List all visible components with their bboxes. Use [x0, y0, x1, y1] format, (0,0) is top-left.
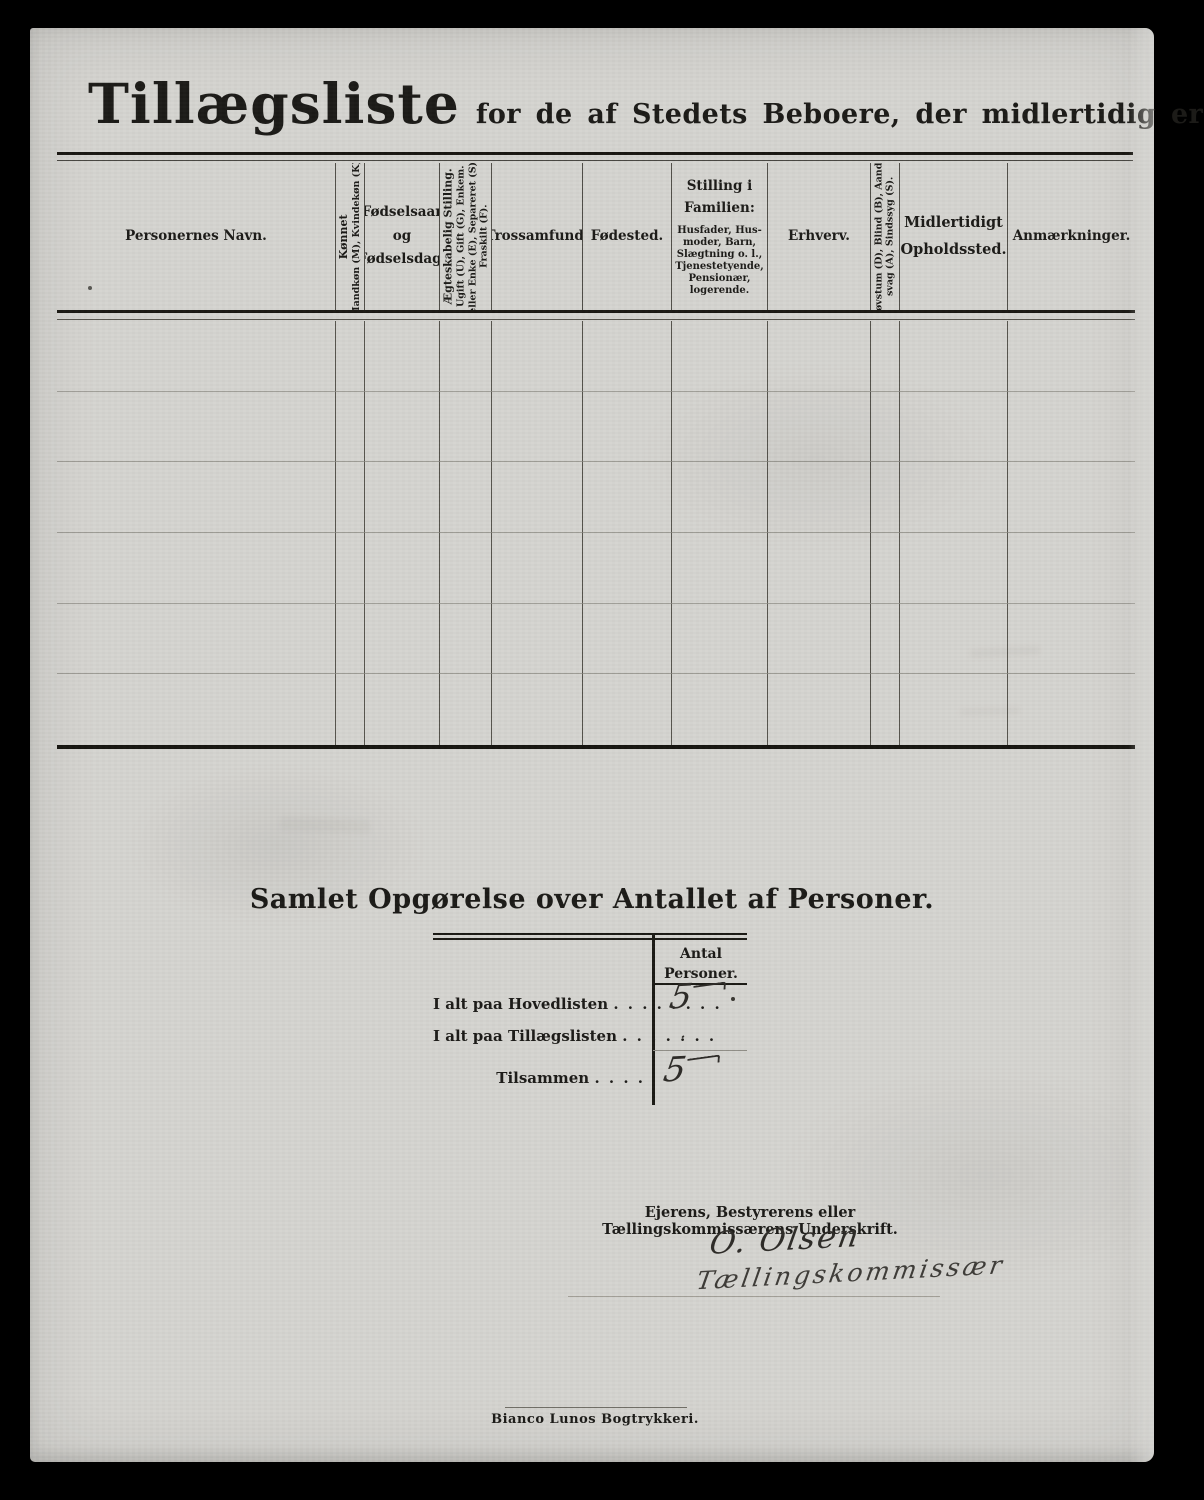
table-cell-empty [672, 533, 768, 604]
summary-row-label: Tilsammen [496, 1069, 589, 1087]
printer-imprint: Bianco Lunos Bogtrykkeri. [430, 1412, 760, 1427]
summary-column-header: Antal Personer. [655, 945, 747, 984]
ink-speck [731, 997, 735, 1001]
column-header-name: Personernes Navn. [57, 163, 336, 310]
summary-row-label: I alt paa Hovedlisten [433, 995, 608, 1013]
table-bottom-rule [57, 745, 1135, 749]
column-header-line: Kønnet [337, 163, 351, 310]
table-cell-empty [871, 533, 900, 604]
form-title: Tillægsliste for de af Stedets Beboere, … [88, 76, 1204, 131]
census-form-page: Tillægsliste for de af Stedets Beboere, … [30, 28, 1154, 1462]
table-cell-empty [768, 392, 871, 463]
table-cell-empty [365, 462, 440, 533]
table-cell-empty [900, 604, 1008, 675]
table-cell-empty [672, 604, 768, 675]
table-cell-empty [900, 533, 1008, 604]
column-header-text: Anmærkninger. [1013, 226, 1131, 248]
table-cell-empty [900, 321, 1008, 392]
table-cell-empty [336, 321, 365, 392]
column-header-disability: Døvstum (D), Blind (B), Aands-svag (A), … [871, 163, 900, 310]
table-cell-empty [57, 674, 336, 745]
table-cell-empty [672, 462, 768, 533]
column-header-subline: logerende. [675, 285, 764, 297]
table-cell-empty [1008, 321, 1135, 392]
column-header-line: Familien: [675, 198, 764, 220]
table-cell-empty [57, 392, 336, 463]
printer-rule [505, 1407, 687, 1408]
summary-top-rule-2 [433, 938, 747, 940]
table-cell-empty [440, 321, 492, 392]
column-header-text: MidlertidigtOpholdssted. [900, 210, 1006, 264]
form-title-subtitle-text: for de af Stedets Beboere, der midlertid… [476, 99, 1204, 130]
table-cell-empty [583, 462, 672, 533]
table-header-row: Personernes Navn.KønnetMandkøn (M), Kvin… [57, 163, 1135, 313]
column-header-text: KønnetMandkøn (M), Kvindekøn (K). [337, 163, 363, 310]
table-cell-empty [1008, 462, 1135, 533]
table-cell-empty [365, 604, 440, 675]
summary-table: Antal Personer. I alt paa Hovedlisten . … [433, 933, 747, 1109]
title-rule-thick [57, 152, 1133, 155]
table-cell-empty [583, 533, 672, 604]
table-cell-empty [768, 533, 871, 604]
summary-row-tilsammen: Tilsammen . . . . [433, 1069, 645, 1087]
summary-top-rule [433, 933, 747, 935]
column-header-subline: moder, Barn, [675, 237, 764, 249]
form-title-main: Tillægsliste [88, 76, 460, 131]
column-header-text: Ægteskabelig Stilling.Ugift (U), Gift (G… [441, 163, 489, 310]
table-cell-empty [583, 321, 672, 392]
summary-title: Samlet Opgørelse over Antallet af Person… [30, 884, 1154, 915]
table-cell-empty [57, 321, 336, 392]
table-cell-empty [365, 533, 440, 604]
table-cell-empty [768, 674, 871, 745]
column-header-text: Døvstum (D), Blind (B), Aands-svag (A), … [874, 163, 897, 310]
table-cell-empty [440, 462, 492, 533]
summary-row-hovedlisten: I alt paa Hovedlisten . . . . . . . . [433, 995, 645, 1013]
handwritten-total-tilsammen: 5 [661, 1052, 688, 1087]
summary-column-header-line2: Personer. [655, 965, 747, 985]
title-rule-thin [57, 160, 1133, 161]
table-cell-empty [1008, 392, 1135, 463]
table-cell-empty [440, 604, 492, 675]
column-header-sex: KønnetMandkøn (M), Kvindekøn (K). [336, 163, 365, 310]
table-cell-empty [871, 674, 900, 745]
table-cell-empty [871, 604, 900, 675]
header-body-divider [57, 319, 1135, 320]
column-header-subline: Husfader, Hus- [675, 225, 764, 237]
column-header-line: Døvstum (D), Blind (B), Aands- [874, 163, 885, 310]
column-header-line: Ægteskabelig Stilling. [441, 163, 455, 310]
table-cell-empty [871, 392, 900, 463]
column-header-text: Fødested. [591, 226, 663, 248]
show-through-smudge [280, 816, 370, 833]
table-cell-empty [900, 392, 1008, 463]
summary-column-header-line1: Antal [655, 945, 747, 965]
table-cell-empty [871, 462, 900, 533]
table-cell-empty [492, 321, 583, 392]
column-header-line: Opholdssted. [900, 237, 1006, 264]
column-header-line: Ugift (U), Gift (G), Enkem. [456, 163, 467, 310]
table-cell-empty [336, 674, 365, 745]
column-header-line: Fødselsaar [365, 201, 440, 225]
table-cell-empty [492, 674, 583, 745]
column-header-line: Anmærkninger. [1013, 226, 1131, 248]
table-cell-empty [768, 321, 871, 392]
table-cell-empty [1008, 604, 1135, 675]
table-cell-empty [57, 462, 336, 533]
column-header-text: Trossamfund. [492, 226, 583, 248]
column-header-remarks: Anmærkninger. [1008, 163, 1135, 310]
column-header-line: Fødselsdag. [365, 248, 440, 272]
table-cell-empty [768, 604, 871, 675]
table-cell-empty [336, 533, 365, 604]
table-cell-empty [57, 604, 336, 675]
pen-flourish [687, 1054, 720, 1066]
table-cell-empty [583, 604, 672, 675]
table-cell-empty [492, 392, 583, 463]
column-header-family: Stilling iFamilien:Husfader, Hus-moder, … [672, 163, 768, 310]
table-cell-empty [583, 392, 672, 463]
column-header-residence: MidlertidigtOpholdssted. [900, 163, 1008, 310]
column-header-line: Stilling i [675, 176, 764, 198]
column-header-text: Personernes Navn. [125, 226, 267, 248]
ink-speck [88, 286, 92, 290]
column-header-subline: Slægtning o. l., [675, 249, 764, 261]
table-cell-empty [900, 674, 1008, 745]
table-cell-empty [900, 462, 1008, 533]
column-header-line: Midlertidigt [900, 210, 1006, 237]
signature-underline [568, 1296, 940, 1297]
column-header-birth: FødselsaarogFødselsdag. [365, 163, 440, 310]
column-header-line: Fødested. [591, 226, 663, 248]
column-header-line: og [365, 225, 440, 249]
table-cell-empty [1008, 533, 1135, 604]
column-header-line: eller Enke (E), Separeret (S), [467, 163, 478, 310]
handwritten-value: 5 [661, 1049, 689, 1090]
table-cell-empty [768, 462, 871, 533]
table-cell-empty [871, 321, 900, 392]
column-header-text: FødselsaarogFødselsdag. [365, 201, 440, 272]
table-cell-empty [365, 392, 440, 463]
table-cell-empty [672, 392, 768, 463]
table-cell-empty [440, 392, 492, 463]
table-cell-empty [336, 462, 365, 533]
column-header-sublines: Husfader, Hus-moder, Barn,Slægtning o. l… [675, 225, 764, 297]
column-header-line: Personernes Navn. [125, 226, 267, 248]
table-cell-empty [57, 533, 336, 604]
table-cell-empty [672, 321, 768, 392]
table-cell-empty [365, 321, 440, 392]
column-header-line: Trossamfund. [492, 226, 583, 248]
table-cell-empty [492, 533, 583, 604]
table-cell-empty [1008, 674, 1135, 745]
table-cell-empty [492, 604, 583, 675]
column-header-line: Fraskilt (F). [478, 163, 489, 310]
table-cell-empty [365, 674, 440, 745]
form-title-subtitle: for de af Stedets Beboere, der midlertid… [476, 99, 1204, 130]
table-cell-empty [336, 604, 365, 675]
dot-leader: . . . . . . . [622, 1027, 716, 1045]
table-cell-empty [492, 462, 583, 533]
table-body [57, 321, 1135, 745]
summary-row-label: I alt paa Tillægslisten [433, 1027, 617, 1045]
column-header-text: Stilling iFamilien:Husfader, Hus-moder, … [675, 176, 764, 297]
table-cell-empty [440, 533, 492, 604]
column-header-birthplace: Fødested. [583, 163, 672, 310]
table-cell-empty [336, 392, 365, 463]
column-header-line: svag (A), Sindssyg (S). [885, 163, 896, 310]
column-header-line: Erhverv. [788, 226, 850, 248]
summary-row-tillaegslisten: I alt paa Tillægslisten . . . . . . . [433, 1027, 645, 1045]
column-header-occupation: Erhverv. [768, 163, 871, 310]
table-cell-empty [583, 674, 672, 745]
column-header-line: Mandkøn (M), Kvindekøn (K). [351, 163, 362, 310]
dot-leader: . . . . [594, 1069, 645, 1087]
column-header-marital: Ægteskabelig Stilling.Ugift (U), Gift (G… [440, 163, 492, 310]
column-header-faith: Trossamfund. [492, 163, 583, 310]
column-header-subline: Pensionær, [675, 273, 764, 285]
table-cell-empty [440, 674, 492, 745]
column-header-text: Erhverv. [788, 226, 850, 248]
table-cell-empty [672, 674, 768, 745]
column-header-subline: Tjenestetyende, [675, 261, 764, 273]
